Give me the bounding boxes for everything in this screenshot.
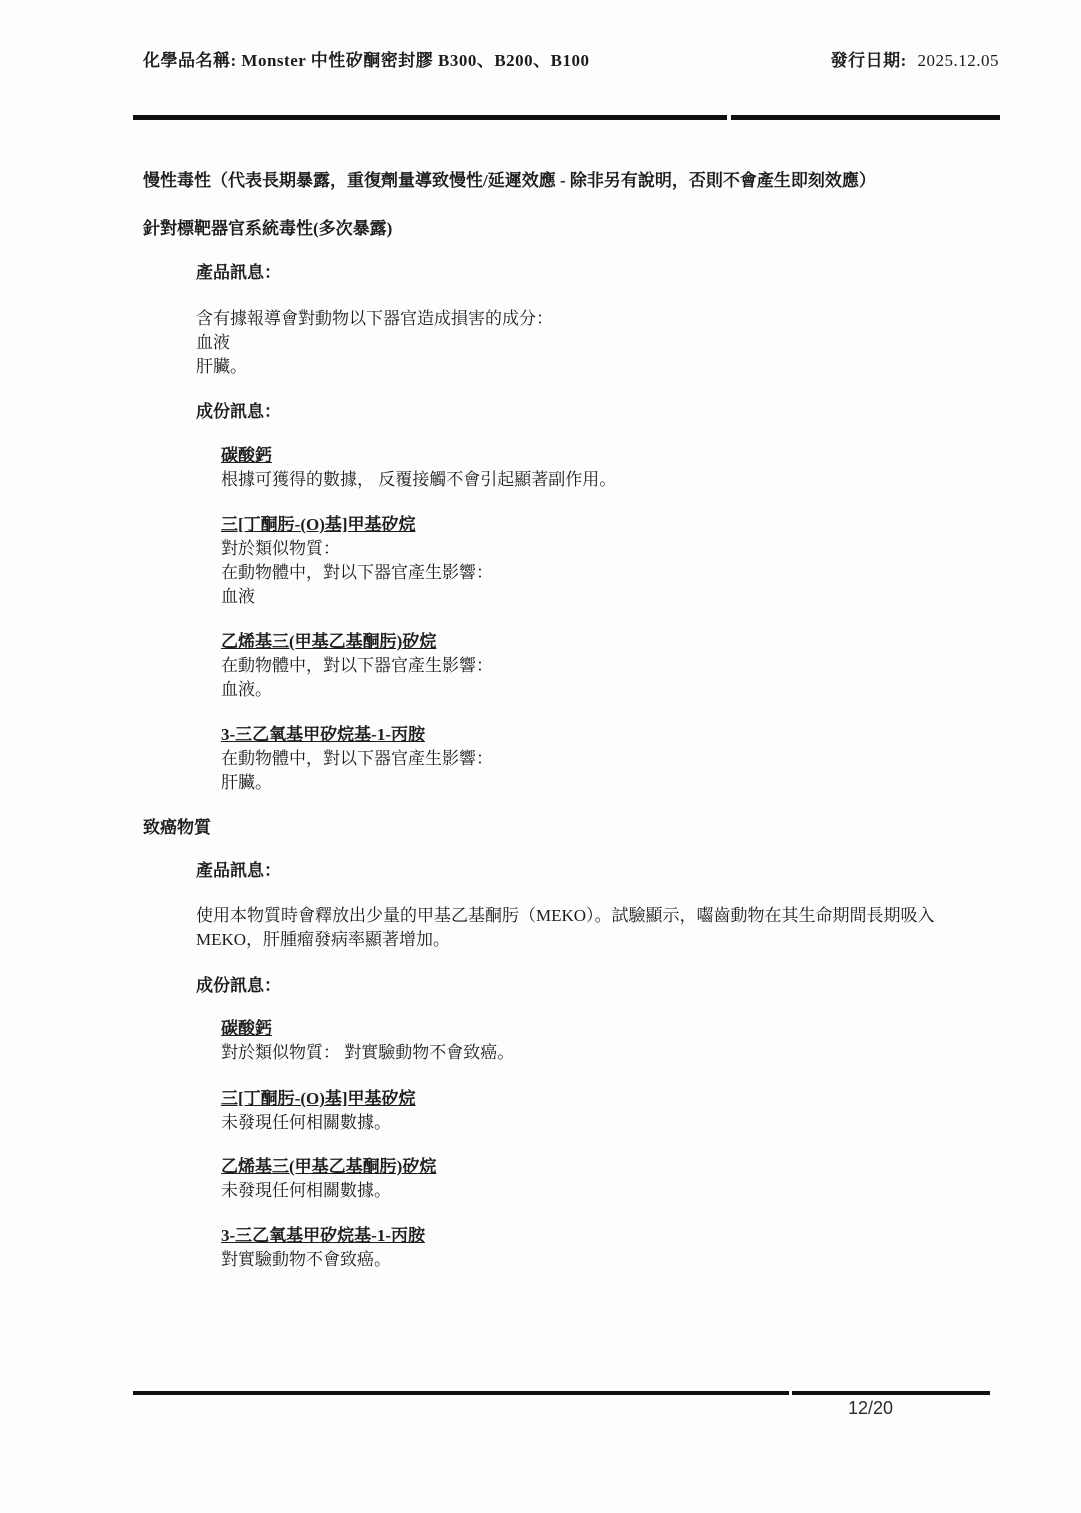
document-body: 慢性毒性（代表長期暴露，重復劑量導致慢性/延遲效應 - 除非另有說明，否則不會產… <box>0 120 1081 1272</box>
component-entry: 乙烯基三(甲基乙基酮肟)矽烷 在動物體中，對以下器官產生影響： 血液。 <box>221 630 985 702</box>
chemical-component-name: 碳酸鈣 <box>221 444 985 468</box>
chemical-component-name: 三[丁酮肟-(O)基]甲基矽烷 <box>221 513 985 537</box>
sds-document-page: 化學品名稱: Monster 中性矽酮密封膠 B300、B200、B100 發行… <box>0 0 1081 1513</box>
text-line: 肝臟。 <box>221 771 985 795</box>
header-divider-left <box>133 115 727 120</box>
chemical-component-name: 碳酸鈣 <box>221 1017 985 1041</box>
text-line: 含有據報導會對動物以下器官造成損害的成分： <box>196 307 985 331</box>
component-entry: 碳酸鈣 根據可獲得的數據， 反覆接觸不會引起顯著副作用。 <box>221 444 985 492</box>
component-entry: 三[丁酮肟-(O)基]甲基矽烷 對於類似物質： 在動物體中，對以下器官產生影響：… <box>221 513 985 609</box>
text-line: 在動物體中，對以下器官產生影響： <box>221 747 985 771</box>
chemical-component-name: 三[丁酮肟-(O)基]甲基矽烷 <box>221 1087 985 1111</box>
stot-product-info-label: 產品訊息： <box>196 261 985 285</box>
text-line: 未發現任何相關數據。 <box>221 1111 985 1135</box>
text-line: 在動物體中，對以下器官產生影響： <box>221 561 985 585</box>
page-number: 12/20 <box>133 1398 990 1419</box>
text-line: 血液。 <box>221 678 985 702</box>
component-entry: 三[丁酮肟-(O)基]甲基矽烷 未發現任何相關數據。 <box>221 1087 985 1135</box>
carcinogen-component-info-label: 成份訊息： <box>196 974 985 998</box>
text-line: 在動物體中，對以下器官產生影響： <box>221 654 985 678</box>
stot-heading: 針對標靶器官系統毒性(多次暴露) <box>143 217 985 241</box>
page-footer: 12/20 <box>133 1391 990 1419</box>
chronic-toxicity-heading: 慢性毒性（代表長期暴露，重復劑量導致慢性/延遲效應 - 除非另有說明，否則不會產… <box>143 169 985 193</box>
text-line: 對於類似物質： <box>221 537 985 561</box>
carcinogen-product-info-text: 使用本物質時會釋放出少量的甲基乙基酮肟（MEKO）。試驗顯示，囓齒動物在其生命期… <box>196 904 985 952</box>
header-divider-right <box>731 115 1000 120</box>
carcinogen-heading: 致癌物質 <box>143 816 985 840</box>
component-entry: 3-三乙氧基甲矽烷基-1-丙胺 對實驗動物不會致癌。 <box>221 1224 985 1272</box>
text-line: 血液 <box>221 585 985 609</box>
text-line: 肝臟。 <box>196 355 985 379</box>
chemical-name-header: 化學品名稱: Monster 中性矽酮密封膠 B300、B200、B100 <box>143 46 590 71</box>
carcinogen-product-info-label: 產品訊息： <box>196 859 985 883</box>
chemical-name-label: 化學品名稱: <box>143 51 237 70</box>
chemical-component-name: 3-三乙氧基甲矽烷基-1-丙胺 <box>221 723 985 747</box>
text-line: 血液 <box>196 331 985 355</box>
component-entry: 碳酸鈣 對於類似物質： 對實驗動物不會致癌。 <box>221 1017 985 1065</box>
stot-product-info-text: 含有據報導會對動物以下器官造成損害的成分： 血液 肝臟。 <box>196 307 985 379</box>
component-entry: 乙烯基三(甲基乙基酮肟)矽烷 未發現任何相關數據。 <box>221 1155 985 1203</box>
component-entry: 3-三乙氧基甲矽烷基-1-丙胺 在動物體中，對以下器官產生影響： 肝臟。 <box>221 723 985 795</box>
issue-date-header: 發行日期: 2025.12.05 <box>831 46 999 71</box>
page-header: 化學品名稱: Monster 中性矽酮密封膠 B300、B200、B100 發行… <box>0 0 1081 71</box>
footer-divider-right <box>792 1391 990 1395</box>
chemical-component-name: 乙烯基三(甲基乙基酮肟)矽烷 <box>221 1155 985 1179</box>
footer-divider-left <box>133 1391 789 1395</box>
chemical-name-value: Monster 中性矽酮密封膠 B300、B200、B100 <box>241 51 589 70</box>
stot-component-info-label: 成份訊息： <box>196 400 985 424</box>
text-line: 根據可獲得的數據， 反覆接觸不會引起顯著副作用。 <box>221 468 985 492</box>
chemical-component-name: 乙烯基三(甲基乙基酮肟)矽烷 <box>221 630 985 654</box>
chemical-component-name: 3-三乙氧基甲矽烷基-1-丙胺 <box>221 1224 985 1248</box>
issue-date-value: 2025.12.05 <box>918 51 1000 70</box>
text-line: 對實驗動物不會致癌。 <box>221 1248 985 1272</box>
header-divider <box>133 115 1000 120</box>
footer-divider <box>133 1391 990 1395</box>
text-line: 未發現任何相關數據。 <box>221 1179 985 1203</box>
text-line: 對於類似物質： 對實驗動物不會致癌。 <box>221 1041 985 1065</box>
issue-date-label: 發行日期: <box>831 51 907 70</box>
